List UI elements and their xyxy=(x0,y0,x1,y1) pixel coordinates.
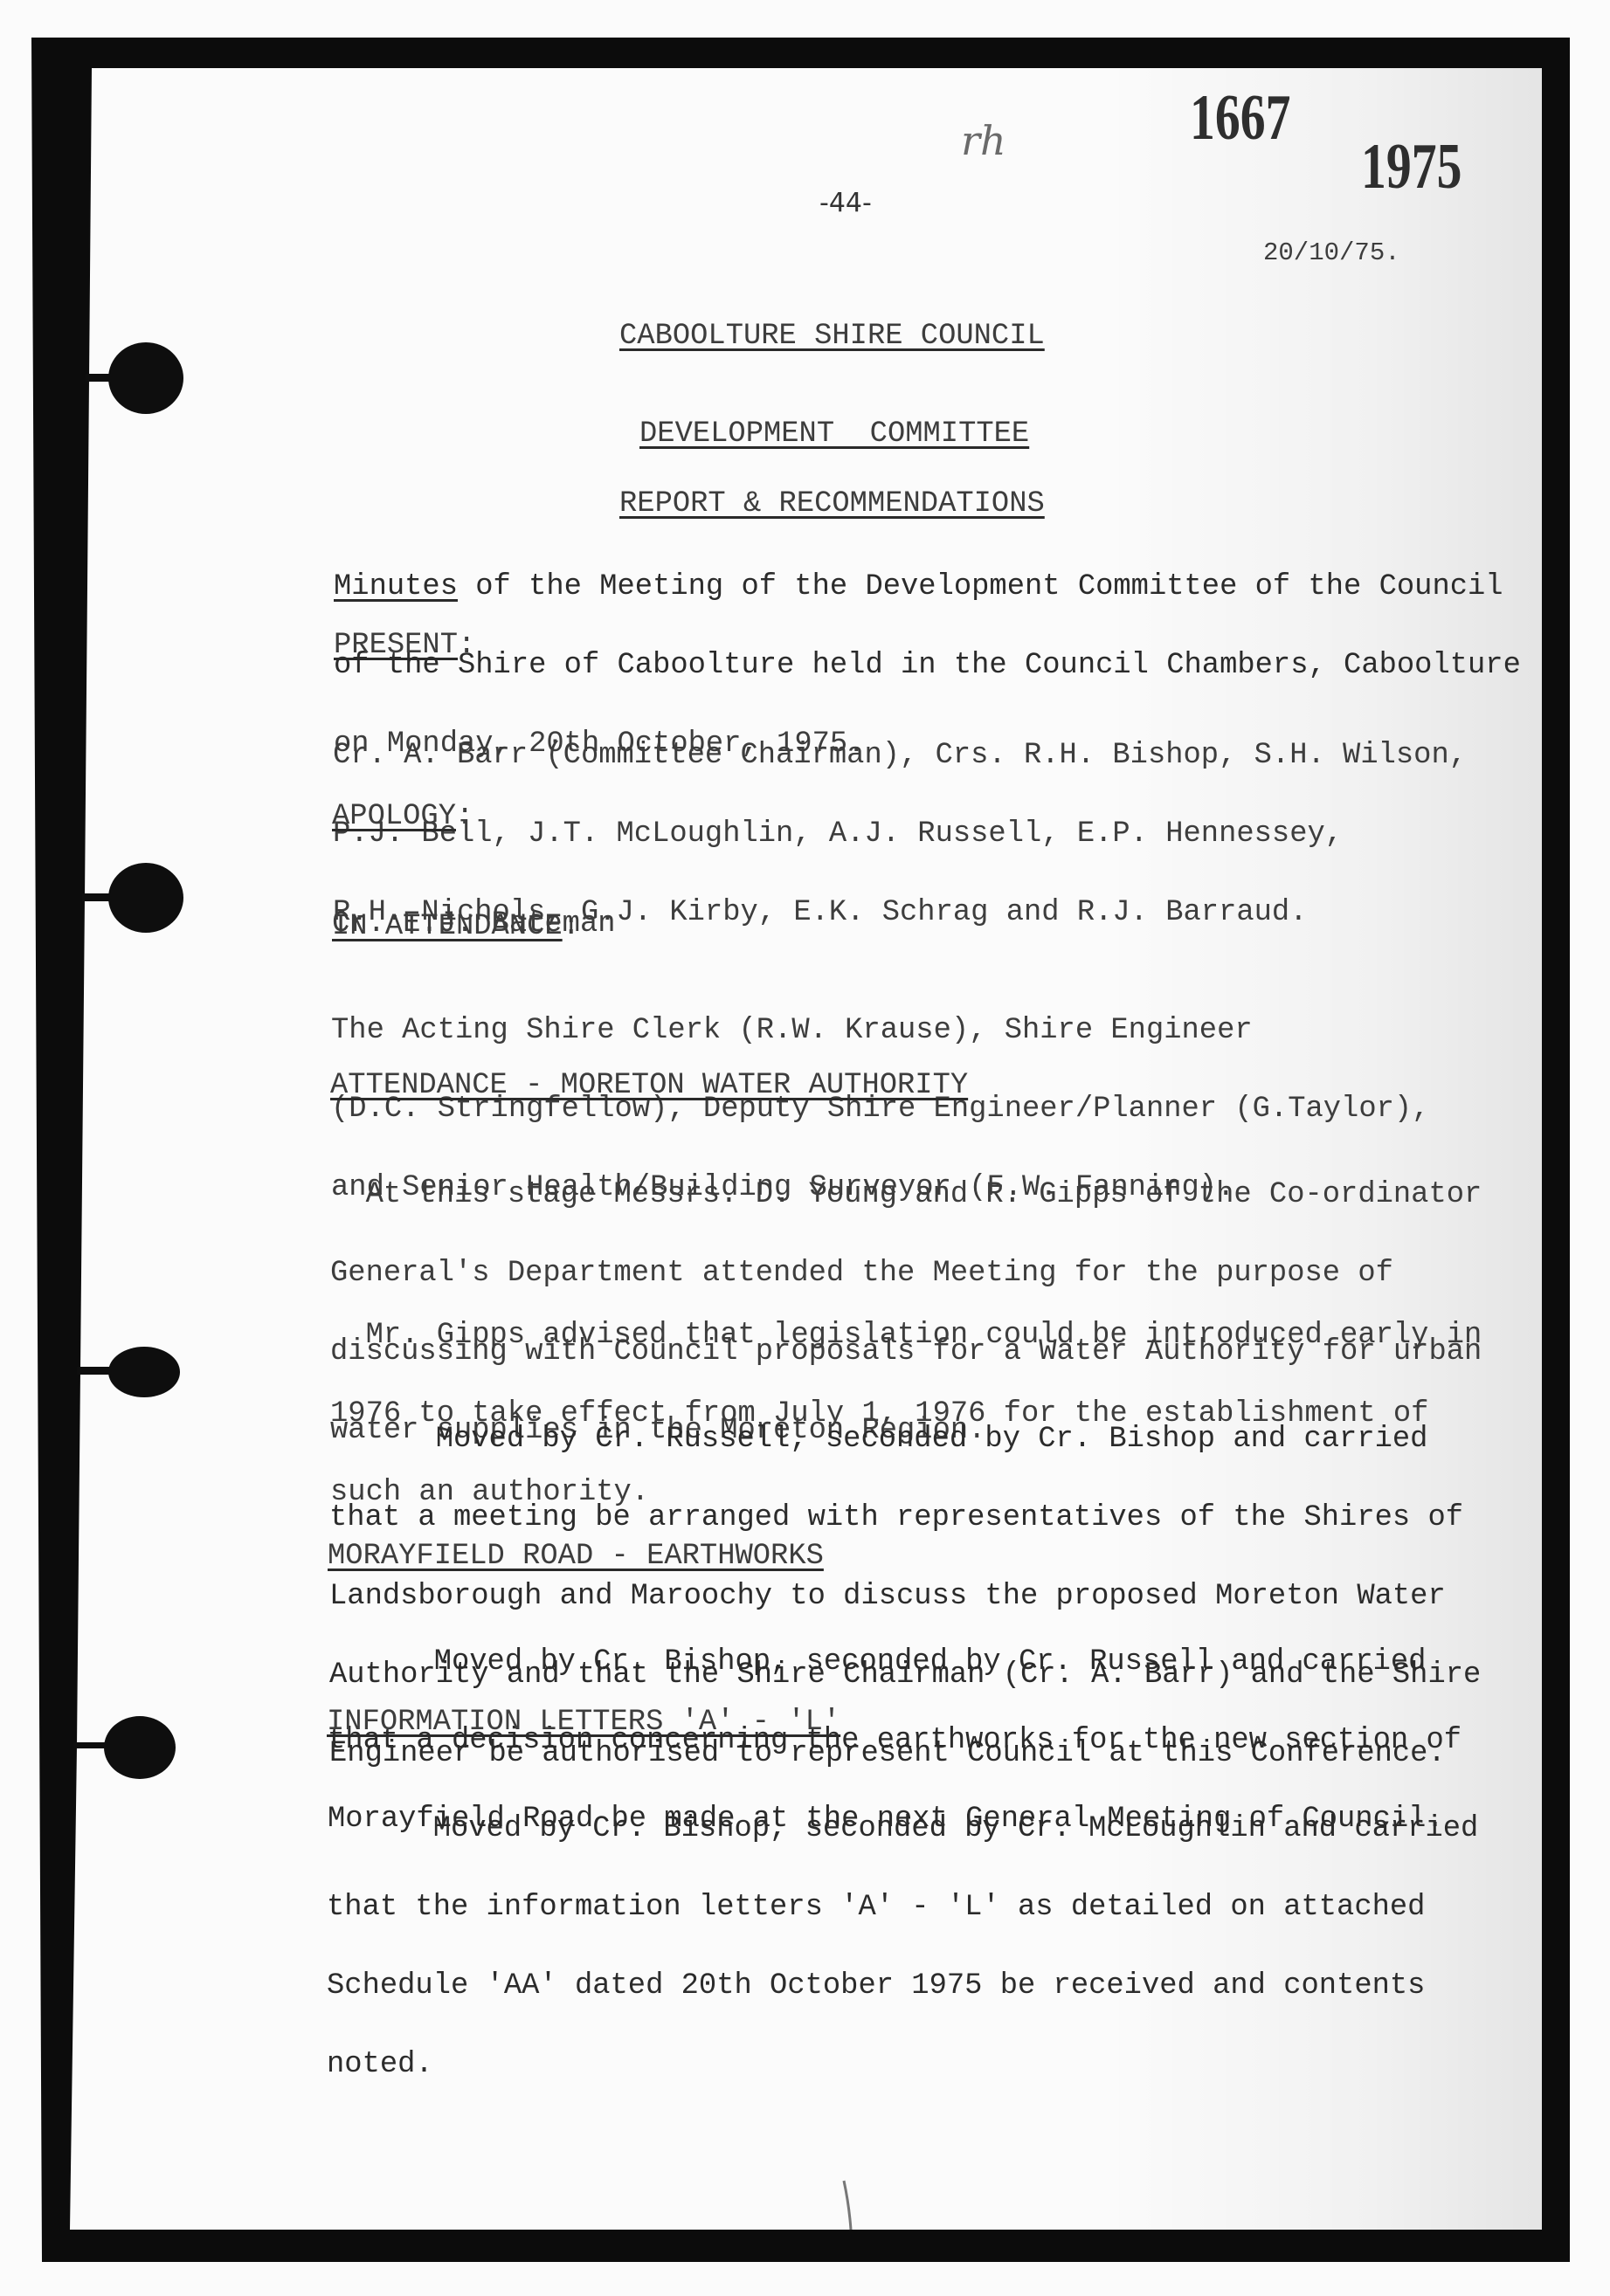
initials-signature: rh xyxy=(961,121,1006,161)
para-line: that a meeting be arranged with represen… xyxy=(329,1505,1481,1531)
para-line: Mr. Gipps advised that legislation could… xyxy=(330,1322,1482,1348)
year-stamp: 1975 xyxy=(1361,134,1461,199)
punch-holes xyxy=(73,342,183,1779)
section-heading-moreton: ATTENDANCE - MORETON WATER AUTHORITY xyxy=(330,1072,968,1099)
punch-hole-4 xyxy=(73,1716,176,1779)
section-information-para-1: Moved by Cr. Bishop, seconded by Cr. McL… xyxy=(327,1763,1478,2104)
section-heading-morayfield: MORAYFIELD ROAD - EARTHWORKS xyxy=(328,1543,824,1569)
para-line: At this stage Messrs. D. Young and R. Gi… xyxy=(330,1182,1482,1208)
para-line: Moved by Cr. Bishop, seconded by Cr. McL… xyxy=(327,1816,1478,1842)
para-line: Moved by Cr. Russell, seconded by Cr. Bi… xyxy=(329,1426,1481,1452)
intro-line: of the Shire of Caboolture held in the C… xyxy=(334,652,1521,679)
para-line: that the information letters 'A' - 'L' a… xyxy=(327,1894,1478,1920)
intro-line: of the Meeting of the Development Commit… xyxy=(458,570,1503,603)
apology-heading-text: APOLOGY xyxy=(332,800,456,833)
title-report: REPORT & RECOMMENDATIONS xyxy=(619,491,1045,517)
in-attendance-heading: IN ATTENDANCE: xyxy=(332,914,580,940)
present-heading: PRESENT: xyxy=(334,632,475,658)
para-line: Moved by Cr. Bishop, seconded by Cr. Rus… xyxy=(328,1649,1461,1675)
present-line: P.J. Bell, J.T. McLoughlin, A.J. Russell… xyxy=(333,821,1467,847)
pen-mark xyxy=(844,2181,851,2230)
in-attendance-heading-text: IN ATTENDANCE xyxy=(332,910,563,943)
para-line: noted. xyxy=(327,2051,1478,2078)
punch-hole-1 xyxy=(86,342,183,414)
apology-heading: APOLOGY: xyxy=(332,803,473,830)
section-heading-information-letters: INFORMATION LETTERS 'A' - 'L' xyxy=(327,1709,840,1735)
present-heading-text: PRESENT xyxy=(334,629,458,662)
attendance-line: The Acting Shire Clerk (R.W. Krause), Sh… xyxy=(331,1017,1429,1044)
title-committee: DEVELOPMENT COMMITTEE xyxy=(639,421,1029,447)
punch-hole-3 xyxy=(77,1347,180,1397)
header-date: 20/10/75. xyxy=(1263,240,1400,266)
intro-first-word: Minutes xyxy=(334,570,458,603)
page-number: -44- xyxy=(819,190,872,217)
para-line: Schedule 'AA' dated 20th October 1975 be… xyxy=(327,1973,1478,1999)
present-line: Cr. A. Barr (Committee Chairman), Crs. R… xyxy=(333,742,1467,769)
punch-hole-2 xyxy=(82,863,183,933)
title-council: CABOOLTURE SHIRE COUNCIL xyxy=(619,323,1045,349)
document-number-stamp: 1667 xyxy=(1190,86,1290,150)
